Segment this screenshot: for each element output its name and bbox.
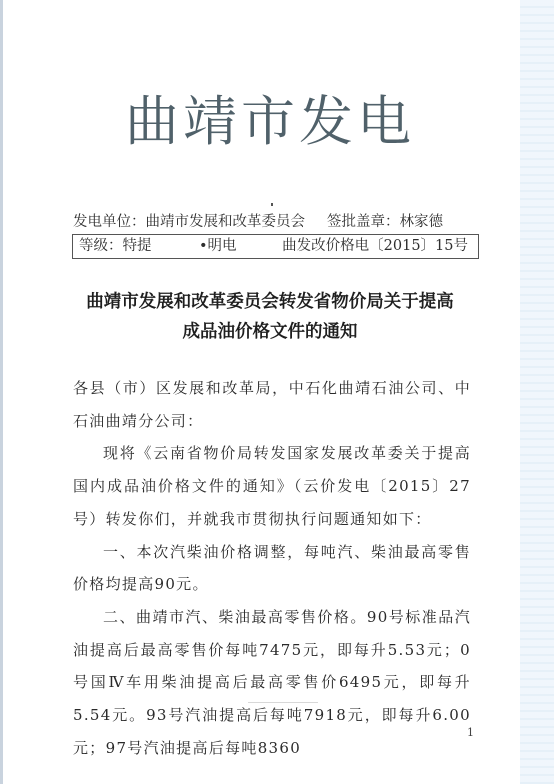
signer-value: 林家德 (400, 214, 444, 230)
grade-label: 等级： (79, 238, 123, 254)
issuer-line: 发电单位：曲靖市发展和改革委员会签批盖章：林家德 (73, 212, 493, 232)
grade: 等级：特提 (79, 235, 152, 258)
clearance-mark: •明电 (199, 235, 237, 258)
signer-label: 签批盖章： (327, 214, 400, 230)
paragraph-item-1: 一、本次汽柴油价格调整，每吨汽、柴油最高零售价格均提高90元。 (73, 536, 471, 601)
page-number: 1 (467, 726, 474, 739)
issuer-unit-value: 曲靖市发展和改革委员会 (146, 214, 306, 230)
body-text: 各县（市）区发展和改革局，中石化曲靖石油公司、中石油曲靖分公司： 现将《云南省物… (73, 372, 471, 764)
meta-box: 等级：特提 •明电 曲发改价格电〔2015〕15号 (72, 234, 479, 259)
document-title-line-1: 曲靖市发展和改革委员会转发省物价局关于提高 (0, 285, 540, 319)
issuer-unit-label: 发电单位： (73, 214, 146, 230)
salutation: 各县（市）区发展和改革局，中石化曲靖石油公司、中石油曲靖分公司： (73, 372, 471, 437)
paragraph-intro: 现将《云南省物价局转发国家发展改革委关于提高国内成品油价格文件的通知》（云价发电… (73, 437, 471, 535)
document-number: 曲发改价格电〔2015〕15号 (282, 235, 468, 258)
scan-speck (271, 203, 273, 206)
paragraph-item-2: 二、曲靖市汽、柴油最高零售价格。90号标准品汽油提高后最高零售价每吨7475元，… (73, 601, 471, 765)
grade-value: 特提 (123, 238, 152, 254)
document-title-line-2: 成品油价格文件的通知 (0, 315, 540, 349)
scan-artifact-line (248, 702, 318, 703)
masthead-title: 曲靖市发电 (0, 92, 540, 152)
